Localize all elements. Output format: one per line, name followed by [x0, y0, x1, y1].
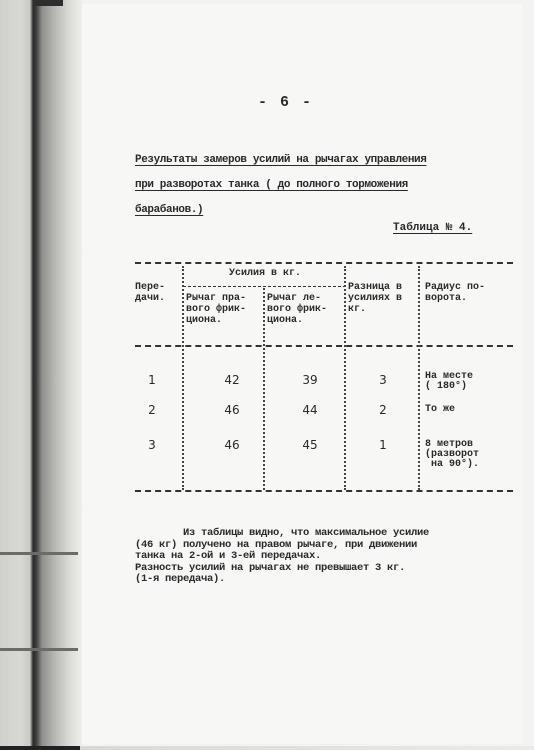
- cell-right: 46: [217, 403, 247, 417]
- cell-right: 42: [217, 373, 247, 387]
- cell-radius: 8 метров (разворот на 90°).: [425, 440, 479, 470]
- header-effort-group: Усилия в кг.: [229, 268, 301, 279]
- cell-radius: То же: [425, 405, 455, 415]
- cell-left: 39: [295, 373, 325, 387]
- cell-gear: 3: [137, 438, 167, 452]
- header-left-lever: Рычаг ле- вого фрик- циона.: [267, 293, 327, 326]
- binding-stitch: [0, 552, 78, 555]
- cell-gear: 1: [137, 373, 167, 387]
- cell-left: 44: [295, 403, 325, 417]
- column-separator: [182, 266, 184, 490]
- results-table: Пере- дачи. Усилия в кг. Рычаг пра- вого…: [135, 262, 513, 494]
- header-gear: Пере- дачи.: [135, 282, 165, 304]
- cell-diff: 2: [368, 403, 398, 417]
- table-header-rule: [135, 345, 513, 347]
- column-separator: [418, 266, 420, 490]
- header-right-lever: Рычаг пра- вого фрик- циона.: [186, 293, 246, 326]
- heading-line: барабанов.): [135, 198, 495, 223]
- cell-gear: 2: [137, 403, 167, 417]
- table-bottom-rule: [135, 490, 513, 492]
- header-difference: Разница в усилиях в кг.: [348, 282, 402, 315]
- cell-left: 45: [295, 438, 325, 452]
- column-separator: [344, 266, 346, 490]
- cell-right: 46: [217, 438, 247, 452]
- heading-line: при разворотах танка ( до полного тормож…: [135, 173, 495, 198]
- heading-line: Результаты замеров усилий на рычагах упр…: [135, 148, 495, 173]
- page-number: - 6 -: [258, 94, 313, 111]
- cell-diff: 3: [368, 373, 398, 387]
- binding-top: [33, 0, 63, 6]
- table-top-rule: [135, 262, 513, 264]
- binding-stitch: [0, 648, 78, 651]
- binding-edge: [0, 0, 82, 750]
- effort-group-rule: [183, 286, 346, 287]
- section-heading: Результаты замеров усилий на рычагах упр…: [135, 148, 495, 223]
- conclusion-paragraph: Из таблицы видно, что максимальное усили…: [135, 528, 515, 586]
- column-separator: [263, 288, 265, 490]
- cell-diff: 1: [368, 438, 398, 452]
- header-radius: Радиус по- ворота.: [425, 282, 485, 304]
- cell-radius: На месте ( 180°): [425, 372, 473, 392]
- page-bottom-edge: [0, 746, 534, 750]
- table-label: Таблица № 4.: [393, 222, 472, 234]
